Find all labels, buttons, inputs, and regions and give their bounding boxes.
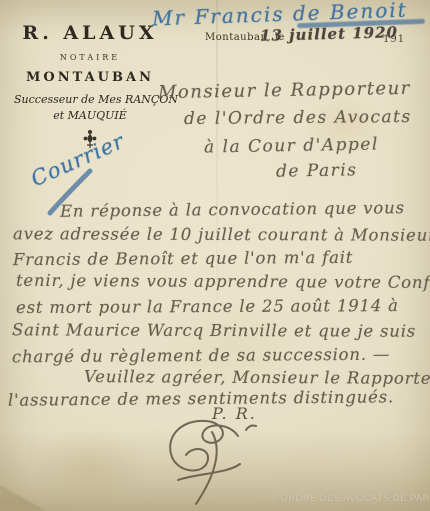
body-line: est mort pour la France le 25 août 1914 … <box>16 296 399 317</box>
paper-stain <box>30 430 150 500</box>
letterhead-successor-line2: et MAUQUIÉ <box>14 109 166 122</box>
body-line: avez adressée le 10 juillet courant à Mo… <box>13 224 430 244</box>
recipient-line: de l'Ordre des Avocats <box>184 107 412 129</box>
letterhead: R. ALAUX NOTAIRE MONTAUBAN Successeur de… <box>14 22 166 153</box>
scanned-letter: R. ALAUX NOTAIRE MONTAUBAN Successeur de… <box>0 0 430 511</box>
letterhead-title: NOTAIRE <box>14 53 166 62</box>
letterhead-successor-line1: Successeur de Mes RANÇON <box>14 93 166 106</box>
handwritten-date: 13 juillet 1920 <box>260 23 398 45</box>
body-line: l'assurance de mes sentiments distingués… <box>8 387 394 409</box>
printed-year-stub: 191 <box>383 34 405 45</box>
body-line: chargé du règlement de sa succession. — <box>12 345 390 367</box>
torn-corner <box>0 485 46 511</box>
signature-flourish <box>150 416 280 511</box>
letterhead-name: R. ALAUX <box>14 22 166 44</box>
body-line: Saint Maurice Warcq Brinville et que je … <box>12 320 416 340</box>
recipient-line: Monsieur le Rapporteur <box>158 78 411 103</box>
body-line: Veuillez agréer, Monsieur le Rapporteur, <box>84 367 430 388</box>
recipient-line: à la Cour d'Appel <box>204 134 379 157</box>
body-line: Francis de Benoît et que l'on m'a fait <box>13 248 353 269</box>
body-line: En réponse à la convocation que vous <box>60 198 405 221</box>
body-line: tenir, je viens vous apprendre que votre… <box>16 271 430 292</box>
copyright-watermark: © ORDRE DES AVOCATS DE PARIS <box>270 493 430 504</box>
recipient-line: de Paris <box>276 160 358 181</box>
letterhead-city: MONTAUBAN <box>14 70 166 85</box>
